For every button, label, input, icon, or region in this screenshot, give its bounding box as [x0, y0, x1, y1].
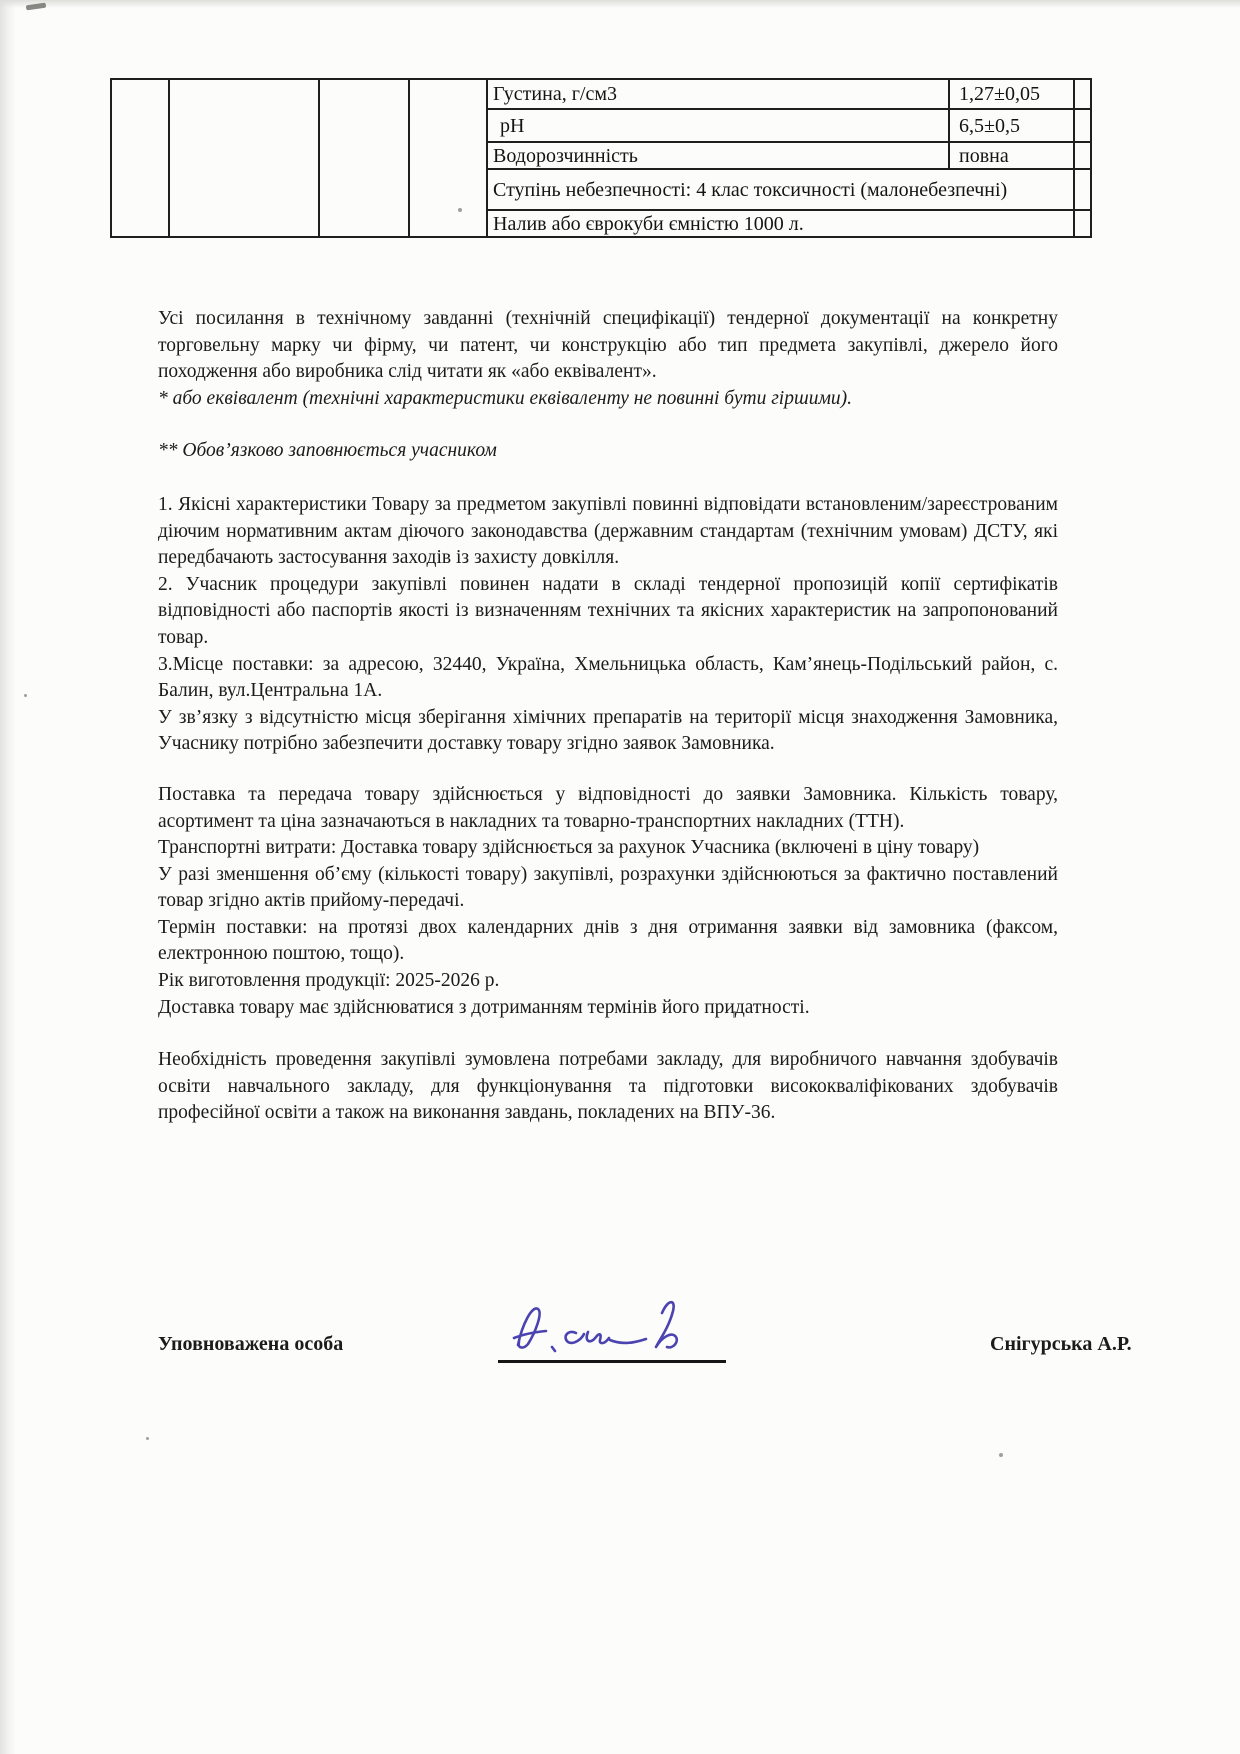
paragraph-item1: 1. Якісні характеристики Товару за предм…	[158, 492, 1058, 572]
signature-block: Уповноважена особа Снігурська А.Р.	[158, 1305, 1058, 1385]
paragraph-item2: 2. Учасник процедури закупівлі повинен н…	[158, 572, 1058, 652]
scan-speck	[24, 694, 27, 697]
paragraph-intro: Усі посилання в технічному завданні (тех…	[158, 306, 1058, 386]
paragraph-item3-note: У зв’язку з відсутністю місця зберігання…	[158, 705, 1058, 758]
table-property: рН	[487, 109, 949, 142]
scan-edge-shadow-left	[0, 0, 16, 1754]
table-empty-cell	[1074, 169, 1091, 210]
scan-speck	[999, 1453, 1003, 1457]
signature-name: Снігурська А.Р.	[990, 1331, 1132, 1358]
spec-table: Густина, г/см3 1,27±0,05 рН 6,5±0,5 Водо…	[110, 78, 1092, 238]
table-empty-cell	[1074, 79, 1091, 109]
scan-edge-shadow-top	[0, 0, 1240, 8]
table-property: Ступінь небезпечності: 4 клас токсичност…	[487, 169, 1074, 210]
paragraph-supply3: У разі зменшення об’єму (кількості товар…	[158, 862, 1058, 915]
table-value: 1,27±0,05	[949, 79, 1074, 109]
scanned-document-page: { "table": { "rows": [ {"property": "Гус…	[0, 0, 1240, 1754]
scan-speck	[146, 1437, 149, 1440]
paragraph-supply4: Термін поставки: на протязі двох календа…	[158, 915, 1058, 968]
paragraph-supply2: Транспортні витрати: Доставка товару зді…	[158, 835, 1058, 862]
paragraph-supply5: Рік виготовлення продукції: 2025-2026 р.	[158, 968, 1058, 995]
signature-label: Уповноважена особа	[158, 1331, 343, 1358]
table-value: повна	[949, 142, 1074, 169]
table-value: 6,5±0,5	[949, 109, 1074, 142]
signature-area	[498, 1291, 726, 1371]
table-property: Густина, г/см3	[487, 79, 949, 109]
paragraph-item3: 3.Місце поставки: за адресою, 32440, Укр…	[158, 652, 1058, 705]
note-equivalent: * або еквівалент (технічні характеристик…	[158, 386, 1058, 413]
document-body: Усі посилання в технічному завданні (тех…	[158, 306, 1058, 1385]
table-empty-cell	[169, 79, 319, 237]
note-required: ** Обов’язково заповнюється учасником	[158, 438, 1058, 465]
paragraph-supply6: Доставка товару має здійснюватися з дотр…	[158, 995, 1058, 1022]
table-empty-cell	[111, 79, 169, 237]
table-empty-cell	[1074, 142, 1091, 169]
table-empty-cell	[409, 79, 487, 237]
paragraph-supply1: Поставка та передача товару здійснюється…	[158, 782, 1058, 835]
signature-handwriting-icon	[504, 1291, 720, 1361]
table-property: Водорозчинність	[487, 142, 949, 169]
table-empty-cell	[1074, 210, 1091, 237]
paragraph-justification: Необхідність проведення закупівлі зумовл…	[158, 1047, 1058, 1127]
table-empty-cell	[319, 79, 409, 237]
table-empty-cell	[1074, 109, 1091, 142]
table-property: Налив або єврокуби ємністю 1000 л.	[487, 210, 1074, 237]
